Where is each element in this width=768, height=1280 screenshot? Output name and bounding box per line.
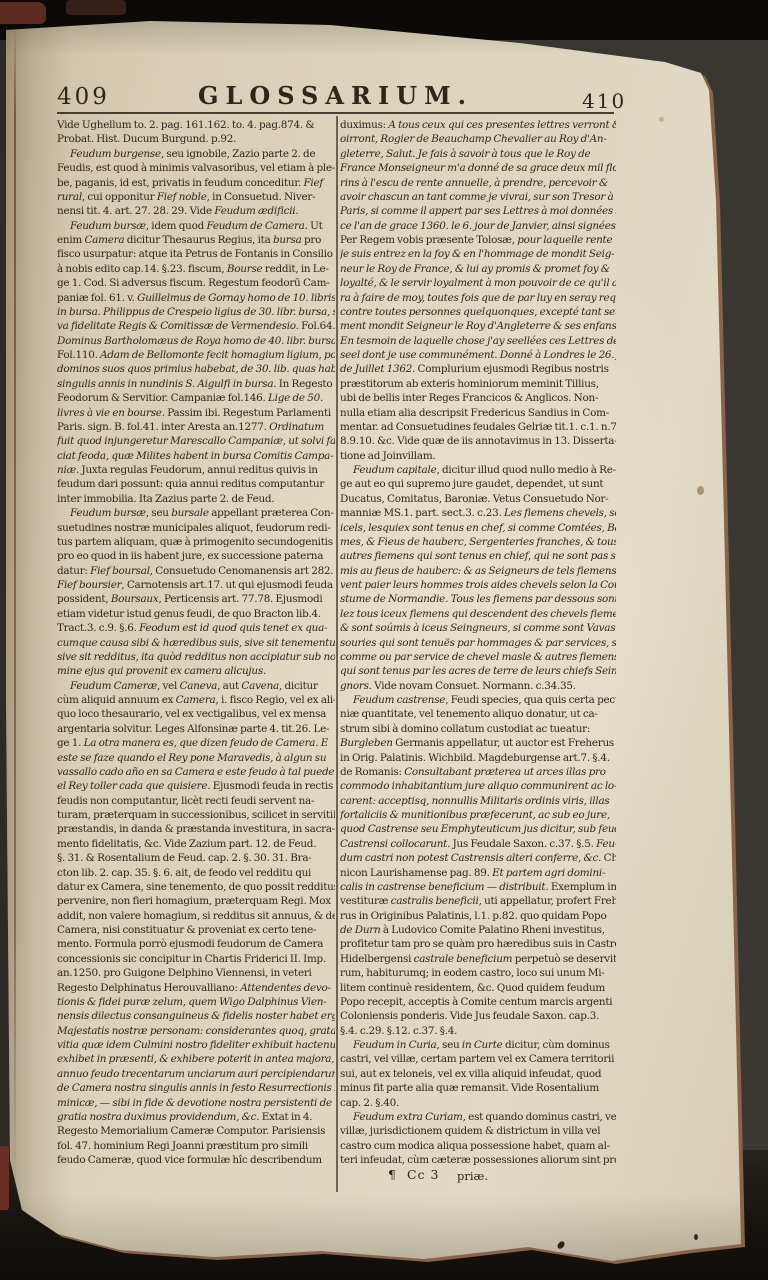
text-line: ge aut eo qui supremo jure gaudet, depen… (340, 477, 616, 491)
text-line: rus in Originibus Palatinis, l.1. p.82. … (340, 909, 616, 923)
text-line: Per Regem vobis præsente Tolosæ, pour la… (340, 233, 616, 247)
running-title: GLOSSARIUM. (57, 81, 614, 110)
text-line: de Romanis: Consultabant præterea ut arc… (340, 765, 616, 779)
text-line: Popo recepit, acceptis à Comite centum m… (340, 995, 616, 1009)
text-line: vent paier leurs hommes trois aides chev… (340, 578, 616, 592)
text-line: duximus: A tous ceux qui ces presentes l… (340, 118, 616, 132)
text-line: cumque causa sibi & hæredibus suis, sive… (57, 636, 335, 650)
text-line: vestituræ castralis beneficii, uti appel… (340, 894, 616, 908)
text-line: ge 1. Cod. Si adversus fiscum. Regestum … (57, 276, 335, 290)
text-line: Feudum bursæ, idem quod Feudum de Camera… (57, 219, 335, 233)
text-line: En tesmoin de laquelle chose j'ay seellé… (340, 334, 616, 348)
text-line: quo loco thesaurario, vel ex vectigalibu… (57, 707, 335, 721)
text-line: pervenire, non fieri homagium, præterqua… (57, 894, 335, 908)
text-line: feudum dari possunt: quia annui reditus … (57, 477, 335, 491)
text-line: autres fiemens qui sont tenus en chief, … (340, 549, 616, 563)
text-line: sive sit redditus, ita quòd redditus non… (57, 650, 335, 664)
text-line: suetudines nostræ municipales aliquot, f… (57, 521, 335, 535)
text-line: Feudum bursæ, seu bursale appellant præt… (57, 506, 335, 520)
text-line: enim Camera dicitur Thesaurus Regius, it… (57, 233, 335, 247)
text-line: je suis entrez en la foy & en l'hommage … (340, 247, 616, 261)
text-line: vassallo cado año en sa Camera e este fe… (57, 765, 335, 779)
text-line: nensis dilectus consanguineus & fidelis … (57, 1009, 335, 1023)
text-line: cùm aliquid annuum ex Camera, i. fisco R… (57, 693, 335, 707)
text-line: etiam videtur istud genus feudi, de quo … (57, 607, 335, 621)
text-line: comme ou par service de chevel masle & a… (340, 650, 616, 664)
text-line: concessionis sic concipitur in Chartis F… (57, 952, 335, 966)
text-line: præstandis, in danda & præstanda investi… (57, 822, 335, 836)
text-line: Feudum burgense, seu ignobile, Zazio par… (57, 147, 335, 161)
text-line: exhibet in præsenti, & exhibere poterit … (57, 1052, 335, 1066)
text-line: loyalté, & le servir loyalment à mon pou… (340, 276, 616, 290)
text-line: feudis non computantur, licèt recti feud… (57, 794, 335, 808)
text-line: possident, Boursaux, Perticensis art. 77… (57, 592, 335, 606)
pilcrow-mark: ¶ (388, 1167, 397, 1182)
text-line: an.1250. pro Guigone Delphino Viennensi,… (57, 966, 335, 980)
text-line: mento fidelitatis, &c. Vide Zazium part.… (57, 837, 335, 851)
text-line: feudo Cameræ, quod vice formulæ hîc desc… (57, 1153, 335, 1167)
text-line: villæ, jurisdictionem quidem & districtu… (340, 1124, 616, 1138)
text-line: niæ quantitate, vel tenemento aliquo don… (340, 707, 616, 721)
text-line: Feudum Cameræ, vel Caneva, aut Cavena, d… (57, 679, 335, 693)
text-line: minicæ, — sibi in fide & devotione nostr… (57, 1096, 335, 1110)
text-line: de Juillet 1362. Complurium ejusmodi Reg… (340, 362, 616, 376)
text-line: rural, cui opponitur Fief noble, in Cons… (57, 190, 335, 204)
text-line: nensi tit. 4. art. 27. 28. 29. Vide Feud… (57, 204, 335, 218)
text-line: seel dont je use communément. Donné à Lo… (340, 348, 616, 362)
text-line: profitetur tam pro se quàm pro hæredibus… (340, 937, 616, 951)
text-line: el Rey toller cada que quisiere. Ejusmod… (57, 779, 335, 793)
book-page: 409 GLOSSARIUM. 410 Vide Ughellum to. 2.… (0, 0, 768, 1280)
signature-label: Cc 3 (407, 1167, 440, 1182)
text-line: sui, aut ex teloneis, vel ex villa aliqu… (340, 1067, 616, 1081)
text-line: Hidelbergensi castrale beneficium perpet… (340, 952, 616, 966)
text-line: fortaliciis & munitionibus præfecerunt, … (340, 808, 616, 822)
text-line: Vide Ughellum to. 2. pag. 161.162. to. 4… (57, 118, 335, 132)
spine-fragment-top-left (0, 2, 46, 24)
text-line: castro cum modica aliqua possessione hab… (340, 1139, 616, 1153)
text-line: Probat. Hist. Ducum Burgund. p.92. (57, 132, 335, 146)
text-line: 8.9.10. &c. Vide quæ de iis annotavimus … (340, 434, 616, 448)
text-line: in Orig. Palatinis. Wichbild. Magdeburge… (340, 751, 616, 765)
text-line: dum castri non potest Castrensis alteri … (340, 851, 616, 865)
text-line: contre toutes personnes quelquonques, ex… (340, 305, 616, 319)
text-line: ment mondit Seigneur le Roy d'Angleterre… (340, 319, 616, 333)
text-line: cap. 2. §.40. (340, 1096, 616, 1110)
text-line: va fidelitate Regis & Comitissæ de Verme… (57, 319, 335, 333)
quire-signature: ¶Cc 3 (388, 1167, 439, 1182)
text-line: nicon Laurishamense pag. 89. Et partem a… (340, 866, 616, 880)
text-line: Regesto Delphinatus Herouvalliano: Atten… (57, 981, 335, 995)
text-line: mento. Formula porrò ejusmodi feudorum d… (57, 937, 335, 951)
text-line: be, paganis, id est, privatis in feudum … (57, 176, 335, 190)
text-line: à nobis edito cap.14. §.23. fiscum, Bour… (57, 262, 335, 276)
text-line: Dominus Bartholomæus de Roya homo de 40.… (57, 334, 335, 348)
text-line: Majestatis nostræ personam: considerante… (57, 1024, 335, 1038)
text-line: ce l'an de grace 1360. le 6. jour de Jan… (340, 219, 616, 233)
text-line: gleterre, Salut. Je fais à savoir à tous… (340, 147, 616, 161)
text-line: Regesto Memorialium Cameræ Computor. Par… (57, 1124, 335, 1138)
text-line: Paris. sign. B. fol.41. inter Aresta an.… (57, 420, 335, 434)
catchword: priæ. (457, 1169, 488, 1183)
text-line: & sont soúmis à iceus Seingneurs, si com… (340, 621, 616, 635)
text-line: teri infeudat, cùm cæteræ possessiones a… (340, 1153, 616, 1167)
text-line: cton lib. 2. cap. 35. §. 6. ait, de feod… (57, 866, 335, 880)
text-line: gnors. Vide novam Consuet. Normann. c.34… (340, 679, 616, 693)
text-line: Camera, nisi constituatur & proveniat ex… (57, 923, 335, 937)
text-line: stume de Normandie. Tous les fiemens par… (340, 592, 616, 606)
text-line: tus partem aliquam, quæ à primogenito se… (57, 535, 335, 549)
text-line: Feudum extra Curiam, est quando dominus … (340, 1110, 616, 1124)
text-line: manniæ MS.1. part. sect.3. c.23. Les fie… (340, 506, 616, 520)
text-line: Tract.3. c.9. §.6. Feodum est id quod qu… (57, 621, 335, 635)
left-column: Vide Ughellum to. 2. pag. 161.162. to. 4… (57, 118, 335, 1167)
text-line: oirront, Rogier de Beauchamp Chevalier a… (340, 132, 616, 146)
text-line: neur le Roy de France, & lui ay promis &… (340, 262, 616, 276)
spine-fragment-top (66, 0, 126, 15)
text-line: inter immobilia. Ita Zazius parte 2. de … (57, 492, 335, 506)
text-line: argentaria solvitur. Leges Alfonsinæ par… (57, 722, 335, 736)
text-line: vitia quæ idem Culmini nostro fideliter … (57, 1038, 335, 1052)
text-line: paniæ fol. 61. v. Guillelmus de Gornay h… (57, 291, 335, 305)
text-line: lez tous iceux fiemens qui descendent de… (340, 607, 616, 621)
text-line: castri, vel villæ, certam partem vel ex … (340, 1052, 616, 1066)
text-line: rins à l'escu de rente annuelle, à prend… (340, 176, 616, 190)
text-line: Fief boursier, Carnotensis art.17. ut qu… (57, 578, 335, 592)
text-line: Feudum capitale, dicitur illud quod null… (340, 463, 616, 477)
text-line: turam, præterquam in successionibus, sci… (57, 808, 335, 822)
text-line: commodo inhabitantium jure aliquo commun… (340, 779, 616, 793)
text-line: icels, lesquiex sont tenus en chef, si c… (340, 521, 616, 535)
text-line: este se faze quando el Rey pone Maravedi… (57, 751, 335, 765)
text-line: carent: acceptisq, nonnullis Militaris o… (340, 794, 616, 808)
text-line: dominos suos quos primius habebat, de 30… (57, 362, 335, 376)
text-line: pro eo quod in iis habent jure, ex succe… (57, 549, 335, 563)
gutter-crease (14, 22, 16, 1182)
text-line: minus fit parte alia quæ remansit. Vide … (340, 1081, 616, 1095)
book-scan: 409 GLOSSARIUM. 410 Vide Ughellum to. 2.… (0, 0, 768, 1280)
text-line: mis au fieus de hauberc: & as Seigneurs … (340, 564, 616, 578)
text-line: datur: Fief boursal, Consuetudo Cenomane… (57, 564, 335, 578)
text-line: Paris, si comme il appert par ses Lettre… (340, 204, 616, 218)
text-line: litem continuè residentem, &c. Quod quid… (340, 981, 616, 995)
text-line: ciat feoda, quæ Milites habent in bursa … (57, 449, 335, 463)
text-line: præstitorum ab exteris hominiorum memini… (340, 377, 616, 391)
text-line: mine ejus qui provenit ex camera alicuju… (57, 664, 335, 678)
text-line: Coloniensis ponderis. Vide Jus feudale S… (340, 1009, 616, 1023)
text-line: ra à faire de moy, toutes fois que de pa… (340, 291, 616, 305)
text-line: annuo feudo trecentarum unciarum auri pe… (57, 1067, 335, 1081)
text-line: §. 31. & Rosentalium de Feud. cap. 2. §.… (57, 851, 335, 865)
ink-speck (694, 1234, 698, 1240)
text-line: §.4. c.29. §.12. c.37. §.4. (340, 1024, 616, 1038)
paper-stain (659, 117, 664, 122)
text-line: mes, & Fieus de hauberc, Sergenteries fr… (340, 535, 616, 549)
text-line: Castrensi collocarunt. Jus Feudale Saxon… (340, 837, 616, 851)
text-line: Feudum in Curia, seu in Curte dicitur, c… (340, 1038, 616, 1052)
text-line: Feudis, est quod à minimis valvasoribus,… (57, 161, 335, 175)
text-line: singulis annis in nundinis S. Aigulfi in… (57, 377, 335, 391)
text-line: calis in castrense beneficium — distribu… (340, 880, 616, 894)
text-line: fol. 47. hominium Regi Joanni præstitum … (57, 1139, 335, 1153)
text-line: niæ. Juxta regulas Feudorum, annui redit… (57, 463, 335, 477)
text-line: strum sibi à domino collatum custodiat a… (340, 722, 616, 736)
text-line: Ducatus, Comitatus, Baroniæ. Vetus Consu… (340, 492, 616, 506)
text-line: Feodorum & Servitior. Campaniæ fol.146. … (57, 391, 335, 405)
text-line: tione ad Joinvillam. (340, 449, 616, 463)
text-line: quod Castrense seu Emphyteuticum jus dic… (340, 822, 616, 836)
text-line: ubi de bellis inter Reges Francicos & An… (340, 391, 616, 405)
text-line: datur ex Camera, sine tenemento, de quo … (57, 880, 335, 894)
text-line: mentar. ad Consuetudines feudales Gelriæ… (340, 420, 616, 434)
text-line: de Camera nostra singulis annis in festo… (57, 1081, 335, 1095)
header-rule (57, 112, 614, 114)
right-column: duximus: A tous ceux qui ces presentes l… (340, 118, 616, 1167)
text-line: Feudum castrense, Feudi species, qua qui… (340, 693, 616, 707)
text-line: France Monseigneur m'a donné de sa grace… (340, 161, 616, 175)
text-line: tionis & fidei puræ zelum, quem Wigo Dal… (57, 995, 335, 1009)
text-line: souries qui sont tenuës par hommages & p… (340, 636, 616, 650)
text-line: in bursa. Philippus de Crespeio ligius d… (57, 305, 335, 319)
spine-fragment-bottom-left (0, 1146, 9, 1210)
text-line: rum, habiturumq; in eodem castro, loco s… (340, 966, 616, 980)
text-line: Fol.110. Adam de Bellomonte fecit homagi… (57, 348, 335, 362)
text-line: avoir chascun an tant comme je vivrai, s… (340, 190, 616, 204)
text-line: ge 1. La otra manera es, que dizen feudo… (57, 736, 335, 750)
text-line: de Durn à Ludovico Comite Palatino Rheni… (340, 923, 616, 937)
page-number-right: 410 (582, 89, 626, 113)
text-line: qui sont tenus par les acres de terre de… (340, 664, 616, 678)
text-line: addit, non valere homagium, si redditus … (57, 909, 335, 923)
text-line: fisco usurpatur: atque ita Petrus de Fon… (57, 247, 335, 261)
text-line: Burgleben Germanis appellatur, ut auctor… (340, 736, 616, 750)
text-line: nulla etiam alia descripsit Fredericus S… (340, 406, 616, 420)
column-divider (336, 116, 338, 1192)
text-line: livres à vie en bourse. Passim ibi. Rege… (57, 406, 335, 420)
text-line: fuit quod injungeretur Marescallo Campan… (57, 434, 335, 448)
text-line: gratia nostra duximus providendum, &c. E… (57, 1110, 335, 1124)
paper-stain (697, 486, 704, 495)
